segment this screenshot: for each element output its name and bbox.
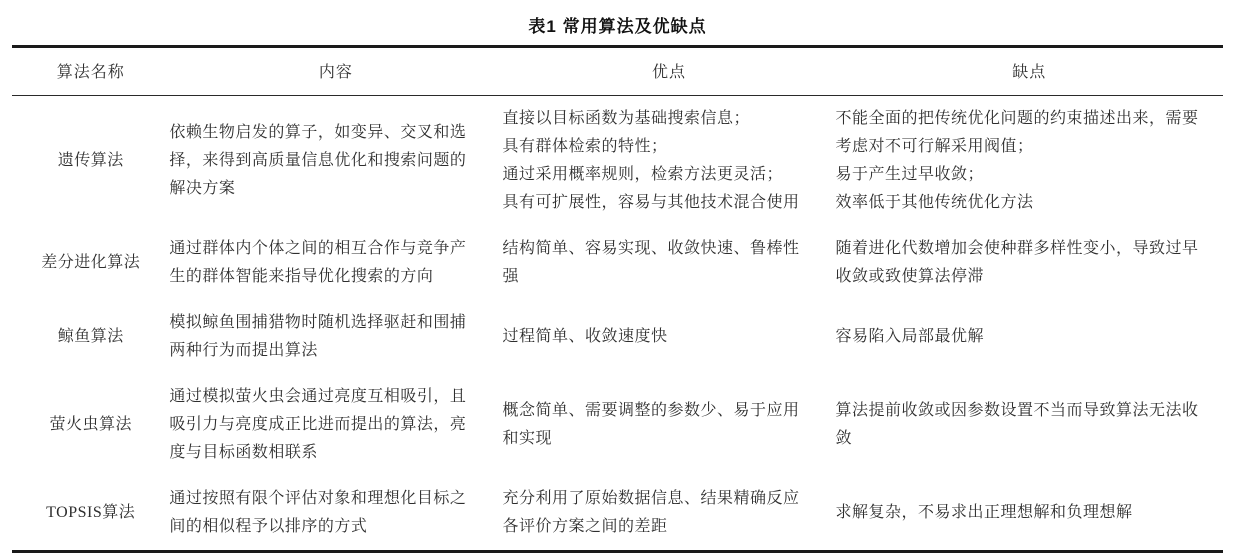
pros-cell: 过程简单、收敛速度快 [502,300,835,374]
content-cell: 依赖生物启发的算子，如变异、交叉和选择，来得到高质量信息优化和搜索问题的解决方案 [169,96,502,227]
cons-cell: 算法提前收敛或因参数设置不当而导致算法无法收敛 [835,374,1223,476]
algorithms-comparison-table: 算法名称 内容 优点 缺点 遗传算法 依赖生物启发的算子，如变异、交叉和选择，来… [12,45,1223,553]
pros-cell: 充分利用了原始数据信息、结果精确反应各评价方案之间的差距 [502,476,835,552]
column-header-content: 内容 [169,47,502,96]
column-header-pros: 优点 [502,47,835,96]
cons-cell: 容易陷入局部最优解 [835,300,1223,374]
table-caption: 表1 常用算法及优缺点 [12,10,1223,45]
table-row-topsis-algorithm: TOPSIS算法 通过按照有限个评估对象和理想化目标之间的相似程予以排序的方式 … [12,476,1223,552]
algorithm-name-cell: 鲸鱼算法 [12,300,169,374]
table-row-whale-algorithm: 鲸鱼算法 模拟鲸鱼围捕猎物时随机选择驱赶和围捕两种行为而提出算法 过程简单、收敛… [12,300,1223,374]
content-cell: 通过群体内个体之间的相互合作与竞争产生的群体智能来指导优化搜索的方向 [169,226,502,300]
table-row-differential-evolution: 差分进化算法 通过群体内个体之间的相互合作与竞争产生的群体智能来指导优化搜索的方… [12,226,1223,300]
pros-cell: 概念简单、需要调整的参数少、易于应用和实现 [502,374,835,476]
column-header-algorithm-name: 算法名称 [12,47,169,96]
content-cell: 通过模拟萤火虫会通过亮度互相吸引，且吸引力与亮度成正比进而提出的算法，亮度与目标… [169,374,502,476]
cons-cell: 随着进化代数增加会使种群多样性变小，导致过早收敛或致使算法停滞 [835,226,1223,300]
pros-cell: 直接以目标函数为基础搜索信息； 具有群体检索的特性； 通过采用概率规则，检索方法… [502,96,835,227]
algorithm-name-cell: 萤火虫算法 [12,374,169,476]
cons-cell: 不能全面的把传统优化问题的约束描述出来，需要考虑对不可行解采用阀值； 易于产生过… [835,96,1223,227]
content-cell: 模拟鲸鱼围捕猎物时随机选择驱赶和围捕两种行为而提出算法 [169,300,502,374]
column-header-cons: 缺点 [835,47,1223,96]
table-row-genetic-algorithm: 遗传算法 依赖生物启发的算子，如变异、交叉和选择，来得到高质量信息优化和搜索问题… [12,96,1223,227]
algorithm-name-cell: 差分进化算法 [12,226,169,300]
content-cell: 通过按照有限个评估对象和理想化目标之间的相似程予以排序的方式 [169,476,502,552]
algorithm-name-cell: TOPSIS算法 [12,476,169,552]
paper-table-page: 表1 常用算法及优缺点 算法名称 内容 优点 缺点 遗传算法 依赖生物启发的算子… [0,0,1235,511]
table-row-firefly-algorithm: 萤火虫算法 通过模拟萤火虫会通过亮度互相吸引，且吸引力与亮度成正比进而提出的算法… [12,374,1223,476]
pros-cell: 结构简单、容易实现、收敛快速、鲁棒性强 [502,226,835,300]
cons-cell: 求解复杂，不易求出正理想解和负理想解 [835,476,1223,552]
table-header-row: 算法名称 内容 优点 缺点 [12,47,1223,96]
algorithm-name-cell: 遗传算法 [12,96,169,227]
